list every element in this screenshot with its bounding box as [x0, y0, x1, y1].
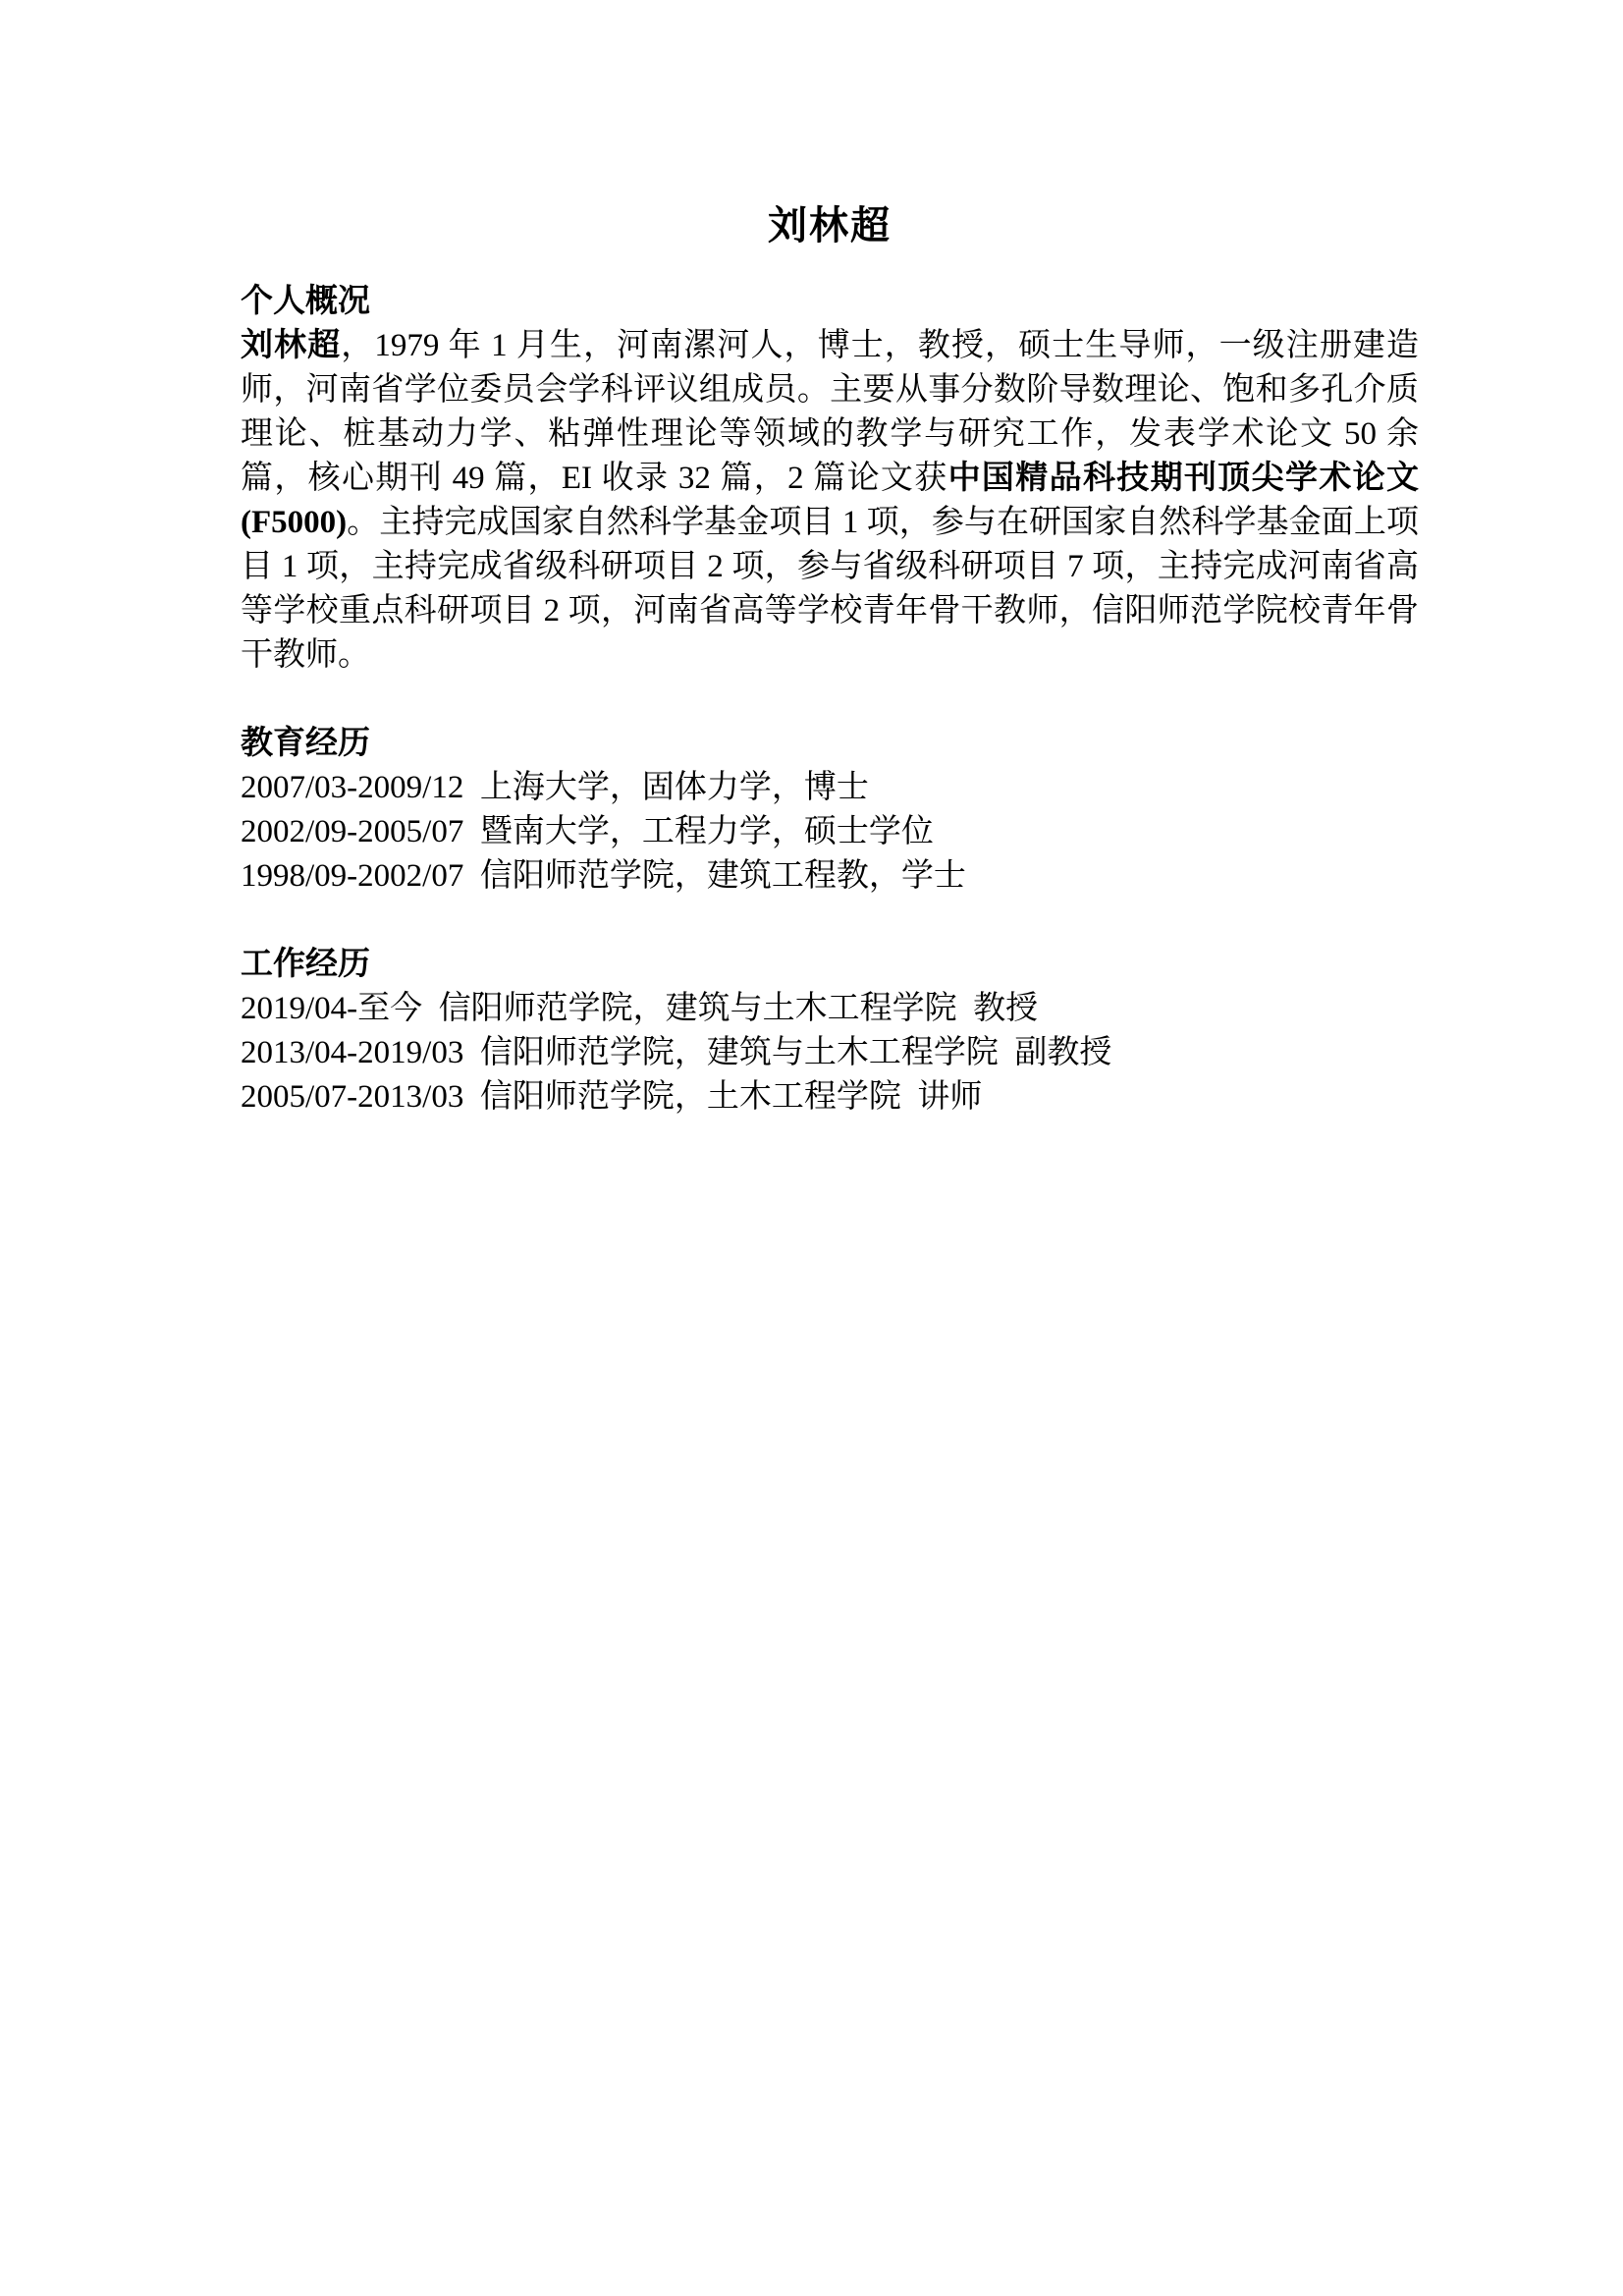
section-profile: 个人概况 刘林超，1979 年 1 月生，河南漯河人，博士，教授，硕士生导师，一…: [241, 280, 1419, 678]
section-work: 工作经历 2019/04-至今 信阳师范学院，建筑与土木工程学院 教授 2013…: [241, 943, 1419, 1120]
work-item: 2019/04-至今 信阳师范学院，建筑与土木工程学院 教授: [241, 987, 1419, 1031]
section-heading-profile: 个人概况: [241, 280, 1419, 324]
document-title: 刘林超: [241, 201, 1419, 250]
education-item: 2002/09-2005/07 暨南大学，工程力学，硕士学位: [241, 810, 1419, 854]
education-item: 2007/03-2009/12 上海大学，固体力学，博士: [241, 766, 1419, 810]
profile-text-2: 。主持完成国家自然科学基金项目 1 项，参与在研国家自然科学基金面上项目 1 项…: [241, 505, 1419, 673]
profile-paragraph: 刘林超，1979 年 1 月生，河南漯河人，博士，教授，硕士生导师，一级注册建造…: [241, 324, 1419, 678]
education-item: 1998/09-2002/07 信阳师范学院，建筑工程教，学士: [241, 854, 1419, 899]
document-content: 刘林超 个人概况 刘林超，1979 年 1 月生，河南漯河人，博士，教授，硕士生…: [241, 201, 1419, 1120]
work-item: 2013/04-2019/03 信阳师范学院，建筑与土木工程学院 副教授: [241, 1031, 1419, 1075]
document-page: 刘林超 个人概况 刘林超，1979 年 1 月生，河南漯河人，博士，教授，硕士生…: [0, 0, 1623, 2296]
section-heading-education: 教育经历: [241, 722, 1419, 766]
work-item: 2005/07-2013/03 信阳师范学院，土木工程学院 讲师: [241, 1075, 1419, 1120]
section-heading-work: 工作经历: [241, 943, 1419, 987]
section-education: 教育经历 2007/03-2009/12 上海大学，固体力学，博士 2002/0…: [241, 722, 1419, 899]
profile-name-bold: 刘林超: [241, 328, 341, 363]
